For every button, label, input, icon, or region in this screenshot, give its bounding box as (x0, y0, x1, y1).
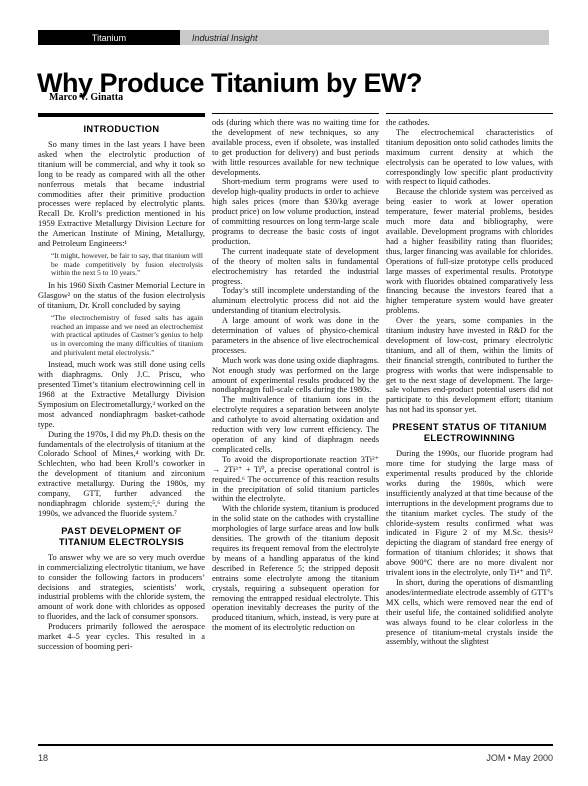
column-2: ods (during which there was no waiting t… (212, 113, 379, 743)
article-author: Marco V. Ginatta (49, 92, 123, 103)
paragraph: A large amount of work was done in the d… (212, 316, 379, 356)
footer-rule (38, 744, 553, 746)
paragraph: ods (during which there was no waiting t… (212, 118, 379, 177)
paragraph: The multivalence of titanium ions in the… (212, 395, 379, 454)
paragraph: With the chloride system, titanium is pr… (212, 504, 379, 633)
article-page: Titanium Industrial Insight Why Produce … (0, 0, 588, 786)
column-1: INTRODUCTION So many times in the last y… (38, 113, 205, 743)
paragraph: Because the chloride system was perceive… (386, 187, 553, 316)
past-development-heading: PAST DEVELOPMENT OF TITANIUM ELECTROLYSI… (38, 526, 205, 548)
paragraph: To answer why we are so very much overdu… (38, 553, 205, 622)
column-1-top-rule (38, 113, 205, 117)
introduction-heading: INTRODUCTION (38, 124, 205, 135)
column-3-top-rule (386, 113, 553, 114)
column-3: the cathodes. The electrochemical charac… (386, 113, 553, 743)
paragraph: So many times in the last years I have b… (38, 140, 205, 249)
paragraph: During the 1970s, I did my Ph.D. thesis … (38, 430, 205, 519)
pull-quote: “It might, however, be fair to say, that… (51, 252, 203, 278)
present-status-heading: PRESENT STATUS OF TITANIUM ELECTROWINNIN… (386, 422, 553, 444)
paragraph: Instead, much work was still done using … (38, 360, 205, 429)
pull-quote: “The electrochemistry of fused salts has… (51, 314, 203, 358)
paragraph: Much work was done using oxide diaphragm… (212, 356, 379, 396)
article-body: INTRODUCTION So many times in the last y… (38, 113, 553, 743)
paragraph: Today’s still incomplete understanding o… (212, 286, 379, 316)
article-category-tab: Industrial Insight (180, 30, 549, 45)
paragraph: Over the years, some companies in the ti… (386, 316, 553, 415)
paragraph: Producers primarily followed the aerospa… (38, 622, 205, 652)
header-strip: Titanium Industrial Insight (38, 30, 549, 45)
column-2-top-rule (212, 113, 379, 114)
paragraph: the cathodes. (386, 118, 553, 128)
paragraph: In his 1960 Sixth Castner Memorial Lectu… (38, 281, 205, 311)
paragraph: Short-medium term programs were used to … (212, 177, 379, 246)
journal-section-tab: Titanium (38, 30, 180, 45)
paragraph: In short, during the operations of disma… (386, 578, 553, 647)
page-number: 18 (38, 753, 48, 763)
paragraph: To avoid the disproportionate reaction 3… (212, 455, 379, 505)
paragraph: During the 1990s, our fluoride program h… (386, 449, 553, 578)
paragraph: The current inadequate state of developm… (212, 247, 379, 287)
paragraph: The electrochemical characteristics of t… (386, 128, 553, 187)
journal-footer: JOM • May 2000 (486, 753, 553, 763)
